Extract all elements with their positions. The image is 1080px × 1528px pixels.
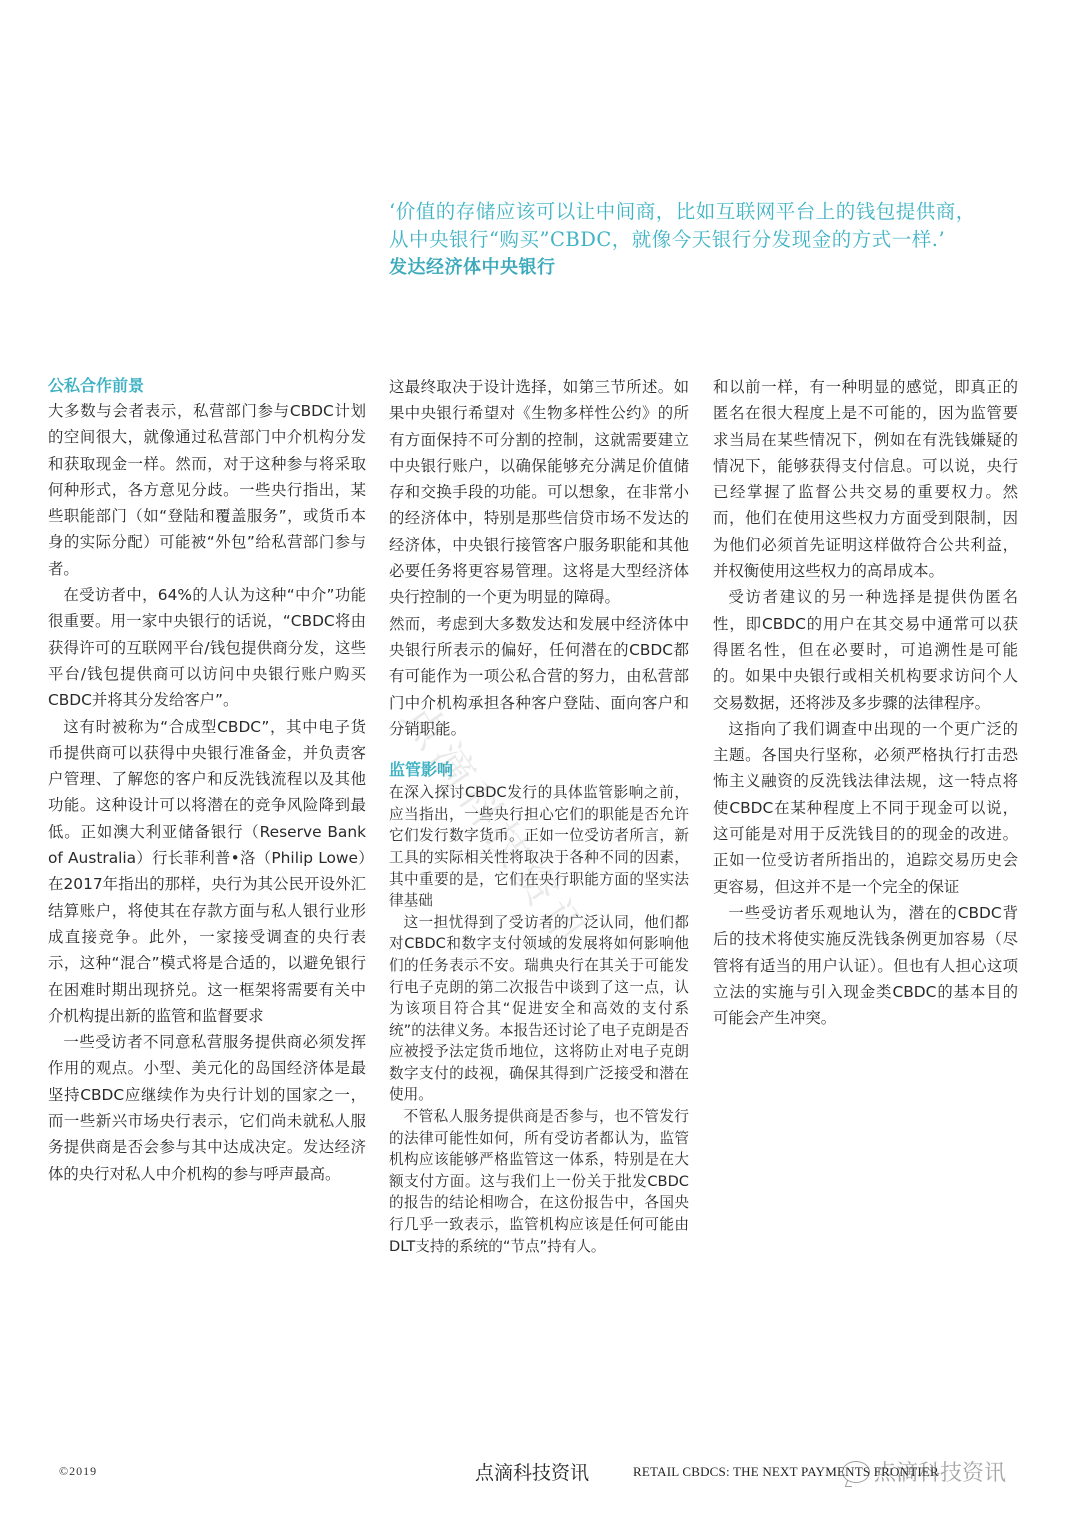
wechat-account-name: 点滴科技资讯 [874,1456,1006,1487]
paragraph: 然而，考虑到大多数发达和发展中经济体中央银行所表示的偏好，任何潜在的CBDC都有… [389,611,689,742]
spacer [389,742,689,758]
page-footer: ©2019 点滴科技资讯 RETAIL CBDCS: THE NEXT PAYM… [0,1462,1080,1492]
wechat-watermark: 点滴科技资讯 [842,1456,1006,1487]
paragraph: 这最终取决于设计选择，如第三节所述。如果中央银行希望对《生物多样性公约》的所有方… [389,374,689,611]
paragraph: 一些受访者乐观地认为，潜在的CBDC背后的技术将使实施反洗钱条例更加容易（尽管将… [713,900,1018,1031]
pull-quote-attribution: 发达经济体中央银行 [389,254,989,282]
paragraph: 这一担忧得到了受访者的广泛认同，他们都对CBDC和数字支付领域的发展将如何影响他… [389,912,689,1106]
regulatory-section-body: 在深入探讨CBDC发行的具体监管影响之前，应当指出，一些央行担心它们的职能是否允… [389,782,689,1257]
paragraph: 这有时被称为“合成型CBDC”，其中电子货币提供商可以获得中央银行准备金，并负责… [48,714,366,1030]
column-1: 公私合作前景 大多数与会者表示，私营部门参与CBDC计划的空间很大，就像通过私营… [48,374,366,1187]
section-heading-regulatory: 监管影响 [389,758,689,782]
paragraph: 这指向了我们调查中出现的一个更广泛的主题。各国央行坚称，必须严格执行打击恐怖主义… [713,716,1018,900]
paragraph: 在受访者中，64%的人认为这种“中介”功能很重要。用一家中央银行的话说，“CBD… [48,582,366,713]
column-2: 这最终取决于设计选择，如第三节所述。如果中央银行希望对《生物多样性公约》的所有方… [389,374,689,1257]
paragraph: 不管私人服务提供商是否参与，也不管发行的法律可能性如何，所有受访者都认为，监管机… [389,1106,689,1257]
footer-brand: 点滴科技资讯 [475,1458,589,1485]
pull-quote-text: ‘价值的存储应该可以让中间商，比如互联网平台上的钱包提供商，从中央银行“购买”C… [389,198,989,254]
copyright: ©2019 [59,1464,97,1479]
section-heading-public-private: 公私合作前景 [48,374,366,398]
wechat-bubble-icon [842,1461,870,1483]
paragraph: 受访者建议的另一种选择是提供伪匿名性，即CBDC的用户在其交易中通常可以获得匿名… [713,584,1018,715]
paragraph: 大多数与会者表示，私营部门参与CBDC计划的空间很大，就像通过私营部门中介机构分… [48,398,366,582]
paragraph: 和以前一样，有一种明显的感觉，即真正的匿名在很大程度上是不可能的，因为监管要求当… [713,374,1018,584]
paragraph: 一些受访者不同意私营服务提供商必须发挥作用的观点。小型、美元化的岛国经济体是最坚… [48,1029,366,1187]
paragraph: 在深入探讨CBDC发行的具体监管影响之前，应当指出，一些央行担心它们的职能是否允… [389,782,689,912]
pull-quote: ‘价值的存储应该可以让中间商，比如互联网平台上的钱包提供商，从中央银行“购买”C… [389,198,989,282]
column-3: 和以前一样，有一种明显的感觉，即真正的匿名在很大程度上是不可能的，因为监管要求当… [713,374,1018,1031]
